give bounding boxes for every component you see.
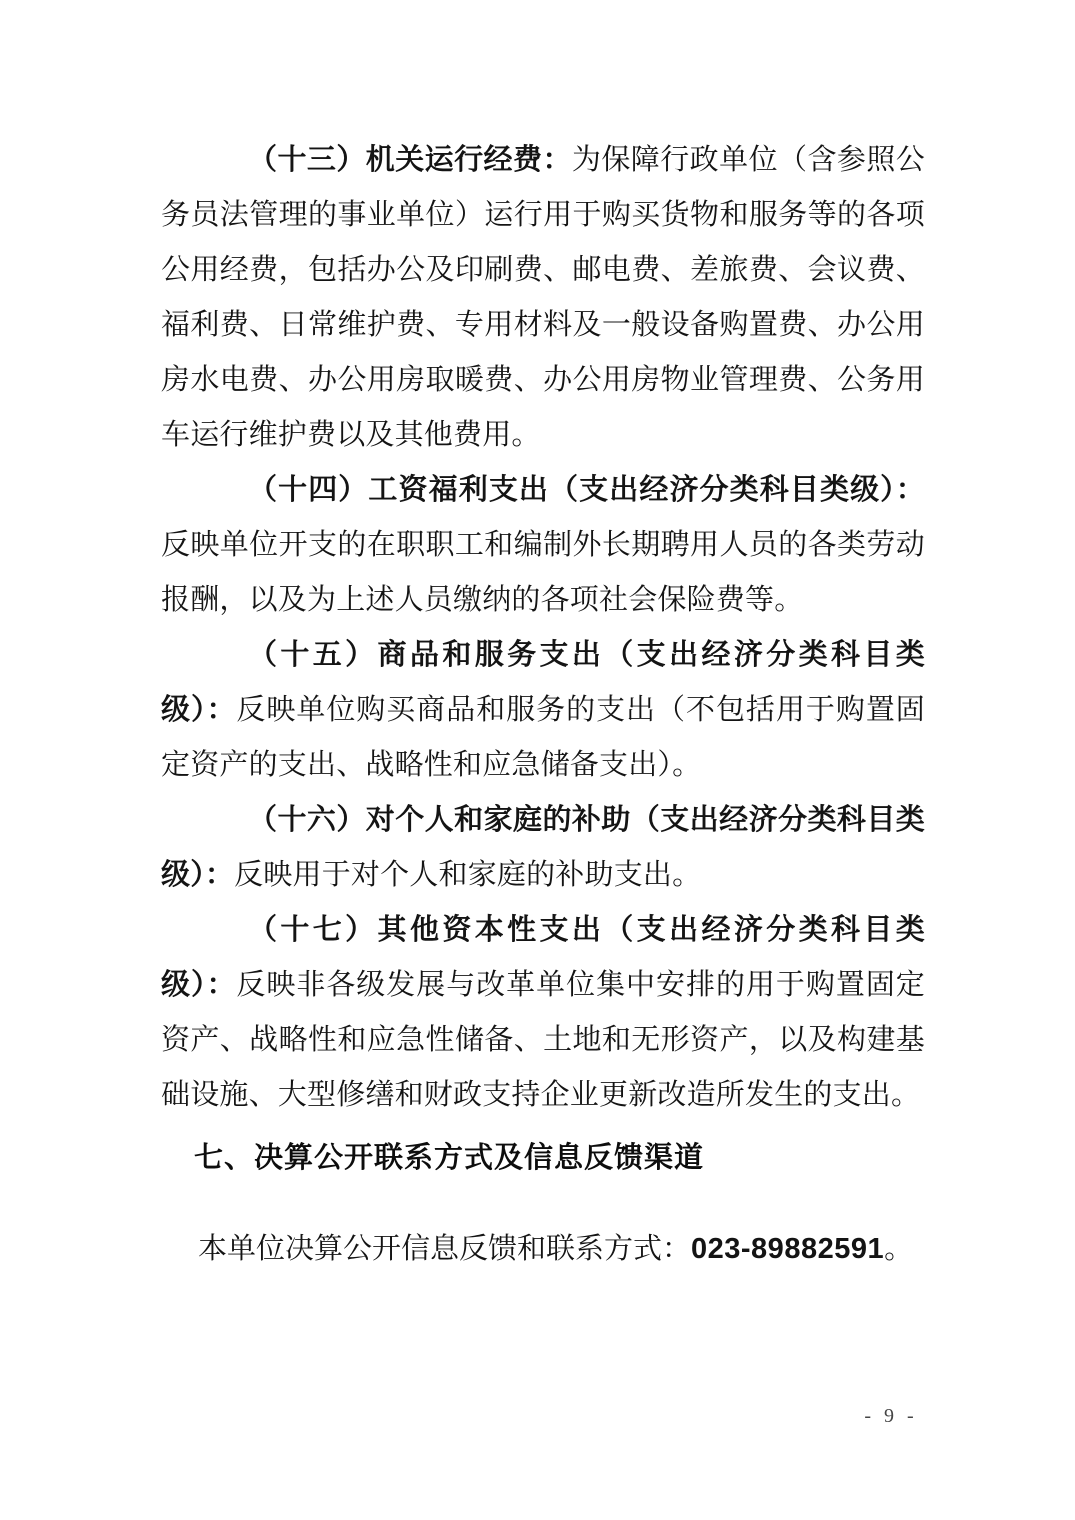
paragraph-14-wages-welfare: （十四）工资福利支出（支出经济分类科目类级）：反映单位开支的在职职工和编制外长期… [161,463,925,628]
contact-line: 本单位决算公开信息反馈和联系方式：023-89882591。 [161,1222,925,1277]
paragraph-label: （十三）机关运行经费： [248,144,572,176]
document-body: （十三）机关运行经费：为保障行政单位（含参照公务员法管理的事业单位）运行用于购买… [161,133,925,1277]
paragraph-text: 反映非各级发展与改革单位集中安排的用于购置固定资产、战略性和应急性储备、土地和无… [161,969,925,1111]
contact-phone-number: 023-89882591 [691,1233,884,1265]
paragraph-text: 反映单位开支的在职职工和编制外长期聘用人员的各类劳动报酬，以及为上述人员缴纳的各… [161,529,925,616]
contact-label: 本单位决算公开信息反馈和联系方式： [198,1233,691,1265]
paragraph-text: 为保障行政单位（含参照公务员法管理的事业单位）运行用于购买货物和服务等的各项公用… [161,144,925,451]
paragraph-13-operating-funds: （十三）机关运行经费：为保障行政单位（含参照公务员法管理的事业单位）运行用于购买… [161,133,925,463]
paragraph-text: 反映单位购买商品和服务的支出（不包括用于购置固定资产的支出、战略性和应急储备支出… [161,694,925,781]
section-heading-contact-channel: 七、决算公开联系方式及信息反馈渠道 [194,1131,925,1186]
page-number: - 9 - [846,1403,936,1429]
paragraph-17-other-capital-expenditure: （十七）其他资本性支出（支出经济分类科目类级）：反映非各级发展与改革单位集中安排… [161,903,925,1123]
contact-suffix: 。 [884,1233,913,1265]
paragraph-15-goods-services: （十五）商品和服务支出（支出经济分类科目类级）：反映单位购买商品和服务的支出（不… [161,628,925,793]
document-page: （十三）机关运行经费：为保障行政单位（含参照公务员法管理的事业单位）运行用于购买… [0,0,1075,1520]
paragraph-16-individual-family-subsidy: （十六）对个人和家庭的补助（支出经济分类科目类级）：反映用于对个人和家庭的补助支… [161,793,925,903]
paragraph-label: （十四）工资福利支出（支出经济分类科目类级）： [248,474,925,506]
paragraph-text: 反映用于对个人和家庭的补助支出。 [234,859,701,891]
